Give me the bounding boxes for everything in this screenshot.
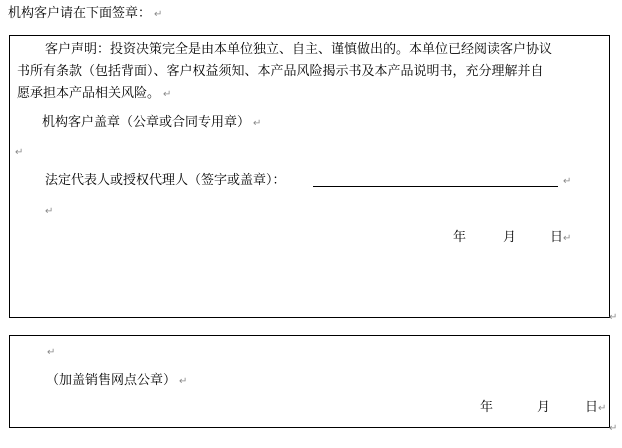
paragraph-mark-icon: ↵ (563, 233, 571, 244)
date-year-label: 年 (480, 400, 493, 416)
date-day-label: 日↵ (585, 400, 606, 417)
statement-line-3: 愿承担本产品相关风险。↵ (17, 86, 171, 103)
signature-label: 法定代表人或授权代理人（签字或盖章）： (45, 173, 286, 189)
paragraph-mark-icon: ↵ (253, 118, 261, 129)
seal-label-text: 机构客户盖章（公章或合同专用章） (42, 115, 250, 130)
paragraph-mark-icon: ↵ (609, 423, 617, 434)
statement-line-2: 书所有条款（包括背面）、客户权益须知、本产品风险揭示书及本产品说明书，充分理解并… (17, 64, 544, 80)
box-end-mark: ↵ (609, 309, 617, 326)
institution-seal-label: 机构客户盖章（公章或合同专用章）↵ (42, 115, 261, 132)
day-text: 日 (585, 400, 598, 415)
box-end-mark: ↵ (609, 420, 617, 437)
paragraph-mark-icon: ↵ (179, 376, 187, 387)
empty-paragraph: ↵ (45, 203, 53, 220)
paragraph-mark-icon: ↵ (598, 403, 606, 414)
paragraph-mark-icon: ↵ (563, 176, 571, 187)
date-year-label: 年 (453, 230, 466, 246)
paragraph-mark-icon: ↵ (609, 312, 617, 323)
signature-end: ↵ (563, 173, 571, 190)
paragraph-mark-icon: ↵ (163, 89, 171, 100)
heading-text: 机构客户请在下面签章： (8, 6, 151, 21)
seal-label-text: （加盖销售网点公章） (46, 373, 176, 388)
sales-outlet-seal-label: （加盖销售网点公章）↵ (46, 373, 187, 390)
statement-line-1: 客户声明：投资决策完全是由本单位独立、自主、谨慎做出的。本单位已经阅读客户协议 (45, 42, 552, 58)
statement-text: 客户声明：投资决策完全是由本单位独立、自主、谨慎做出的。本单位已经阅读客户协议 (45, 42, 552, 57)
empty-paragraph: ↵ (15, 144, 23, 161)
signature-label-text: 法定代表人或授权代理人（签字或盖章）： (45, 173, 286, 188)
paragraph-mark-icon: ↵ (154, 9, 162, 20)
date-month-label: 月 (503, 230, 516, 246)
form-heading: 机构客户请在下面签章：↵ (8, 6, 162, 23)
day-text: 日 (550, 230, 563, 245)
paragraph-mark-icon: ↵ (45, 206, 53, 217)
paragraph-mark-icon: ↵ (15, 147, 23, 158)
signature-line[interactable] (313, 186, 558, 187)
empty-paragraph: ↵ (47, 344, 55, 361)
date-day-label: 日↵ (550, 230, 571, 247)
statement-text: 书所有条款（包括背面）、客户权益须知、本产品风险揭示书及本产品说明书，充分理解并… (17, 64, 544, 79)
statement-text: 愿承担本产品相关风险。 (17, 86, 160, 101)
date-month-label: 月 (537, 400, 550, 416)
paragraph-mark-icon: ↵ (47, 347, 55, 358)
